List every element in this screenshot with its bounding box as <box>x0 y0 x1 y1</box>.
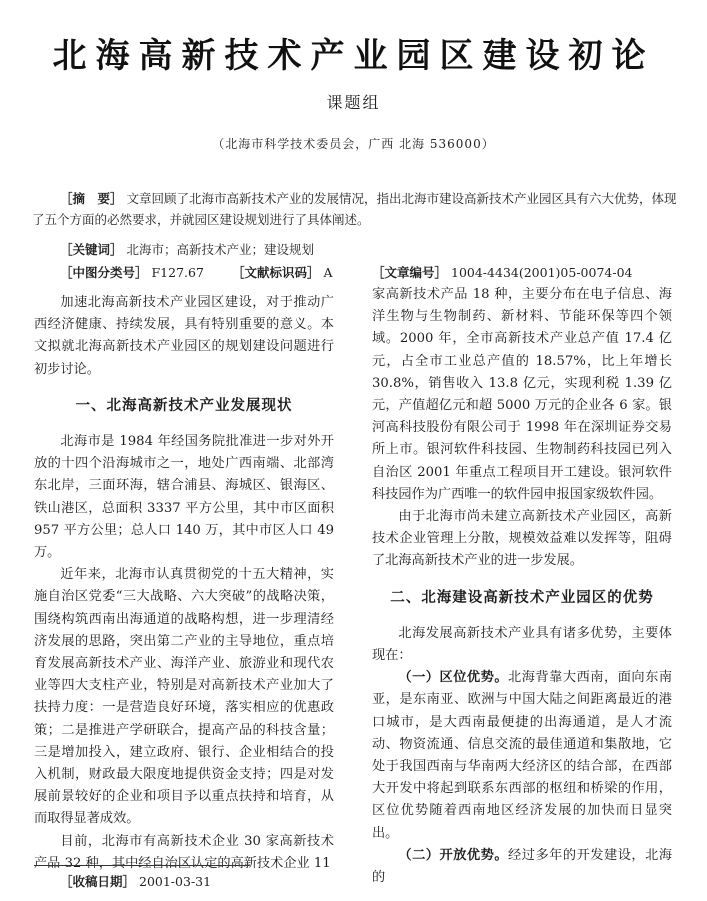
subheading-location: （一）区位优势。 <box>398 670 508 685</box>
abstract-text: 文章回顾了北海市高新技术产业的发展情况，指出北海市建设高新技术产业园区具有六大优… <box>32 191 677 227</box>
footnote-divider <box>34 865 249 866</box>
paper-title: 北海高新技术产业园区建设初论 <box>0 28 707 77</box>
paragraph: 近年来，北海市认真贯彻党的十五大精神，实施自治区党委“三大战略、六大突破”的战略… <box>34 564 334 830</box>
paragraph: （二）开放优势。经过多年的开发建设，北海的 <box>372 845 672 889</box>
paragraph: 目前，北海市有高新技术企业 30 家高新技术产品 32 种，其中经自治区认定的高… <box>34 831 334 875</box>
section-heading-2: 二、北海建设高新技术产业园区的优势 <box>372 587 672 609</box>
right-column: 家高新技术产品 18 种，主要分布在电子信息、海洋生物与生物制药、新材料、节能环… <box>372 284 672 889</box>
clc-value: F127.67 <box>152 265 204 280</box>
doc-code-value: A <box>324 265 333 280</box>
received-value: 2001-03-31 <box>139 874 211 889</box>
clc-label: ［中图分类号］ <box>60 265 148 280</box>
clc-number: ［中图分类号］ F127.67 <box>60 263 204 281</box>
doc-code: ［文献标识码］ A <box>232 263 333 281</box>
article-no-label: ［文章编号］ <box>372 265 447 280</box>
paragraph: 北海发展高新技术产业具有诸多优势，主要体现在： <box>372 623 672 667</box>
paragraph: 由于北海市尚未建立高新技术产业园区，高新技术企业管理上分散，规模效益难以发挥等，… <box>372 506 672 573</box>
paragraph: 北海市是 1984 年经国务院批准进一步对外开放的十四个沿海城市之一，地处广西南… <box>34 431 334 564</box>
received-label: ［收稿日期］ <box>60 874 135 889</box>
abstract-label: ［摘 要］ <box>60 191 123 206</box>
keywords: ［关键词］ 北海市；高新技术产业；建设规划 <box>60 240 314 258</box>
affiliation: （北海市科学技术委员会，广西 北海 536000） <box>0 135 707 152</box>
paragraph: （一）区位优势。北海背靠大西南，面向东南亚，是东南亚、欧洲与中国大陆之间距离最近… <box>372 667 672 845</box>
subheading-openness: （二）开放优势。 <box>398 848 508 863</box>
doc-code-label: ［文献标识码］ <box>232 265 320 280</box>
article-number: ［文章编号］ 1004-4434(2001)05-0074-04 <box>372 263 632 281</box>
received-date: ［收稿日期］ 2001-03-31 <box>60 872 211 890</box>
keywords-label: ［关键词］ <box>60 242 123 257</box>
paragraph: 家高新技术产品 18 种，主要分布在电子信息、海洋生物与生物制药、新材料、节能环… <box>372 284 672 506</box>
abstract: ［摘 要］ 文章回顾了北海市高新技术产业的发展情况，指出北海市建设高新技术产业园… <box>32 188 682 230</box>
section-heading-1: 一、北海高新技术产业发展现状 <box>34 395 334 417</box>
left-column: 加速北海高新技术产业园区建设，对于推动广西经济健康、持续发展，具有特别重要的意义… <box>34 292 334 875</box>
author: 课题组 <box>0 90 707 113</box>
keywords-text: 北海市；高新技术产业；建设规划 <box>127 242 315 257</box>
article-no-value: 1004-4434(2001)05-0074-04 <box>451 265 632 280</box>
intro-paragraph: 加速北海高新技术产业园区建设，对于推动广西经济健康、持续发展，具有特别重要的意义… <box>34 292 334 381</box>
paragraph-text: 北海背靠大西南，面向东南亚，是东南亚、欧洲与中国大陆之间距离最近的港口城市，是大… <box>372 670 672 840</box>
